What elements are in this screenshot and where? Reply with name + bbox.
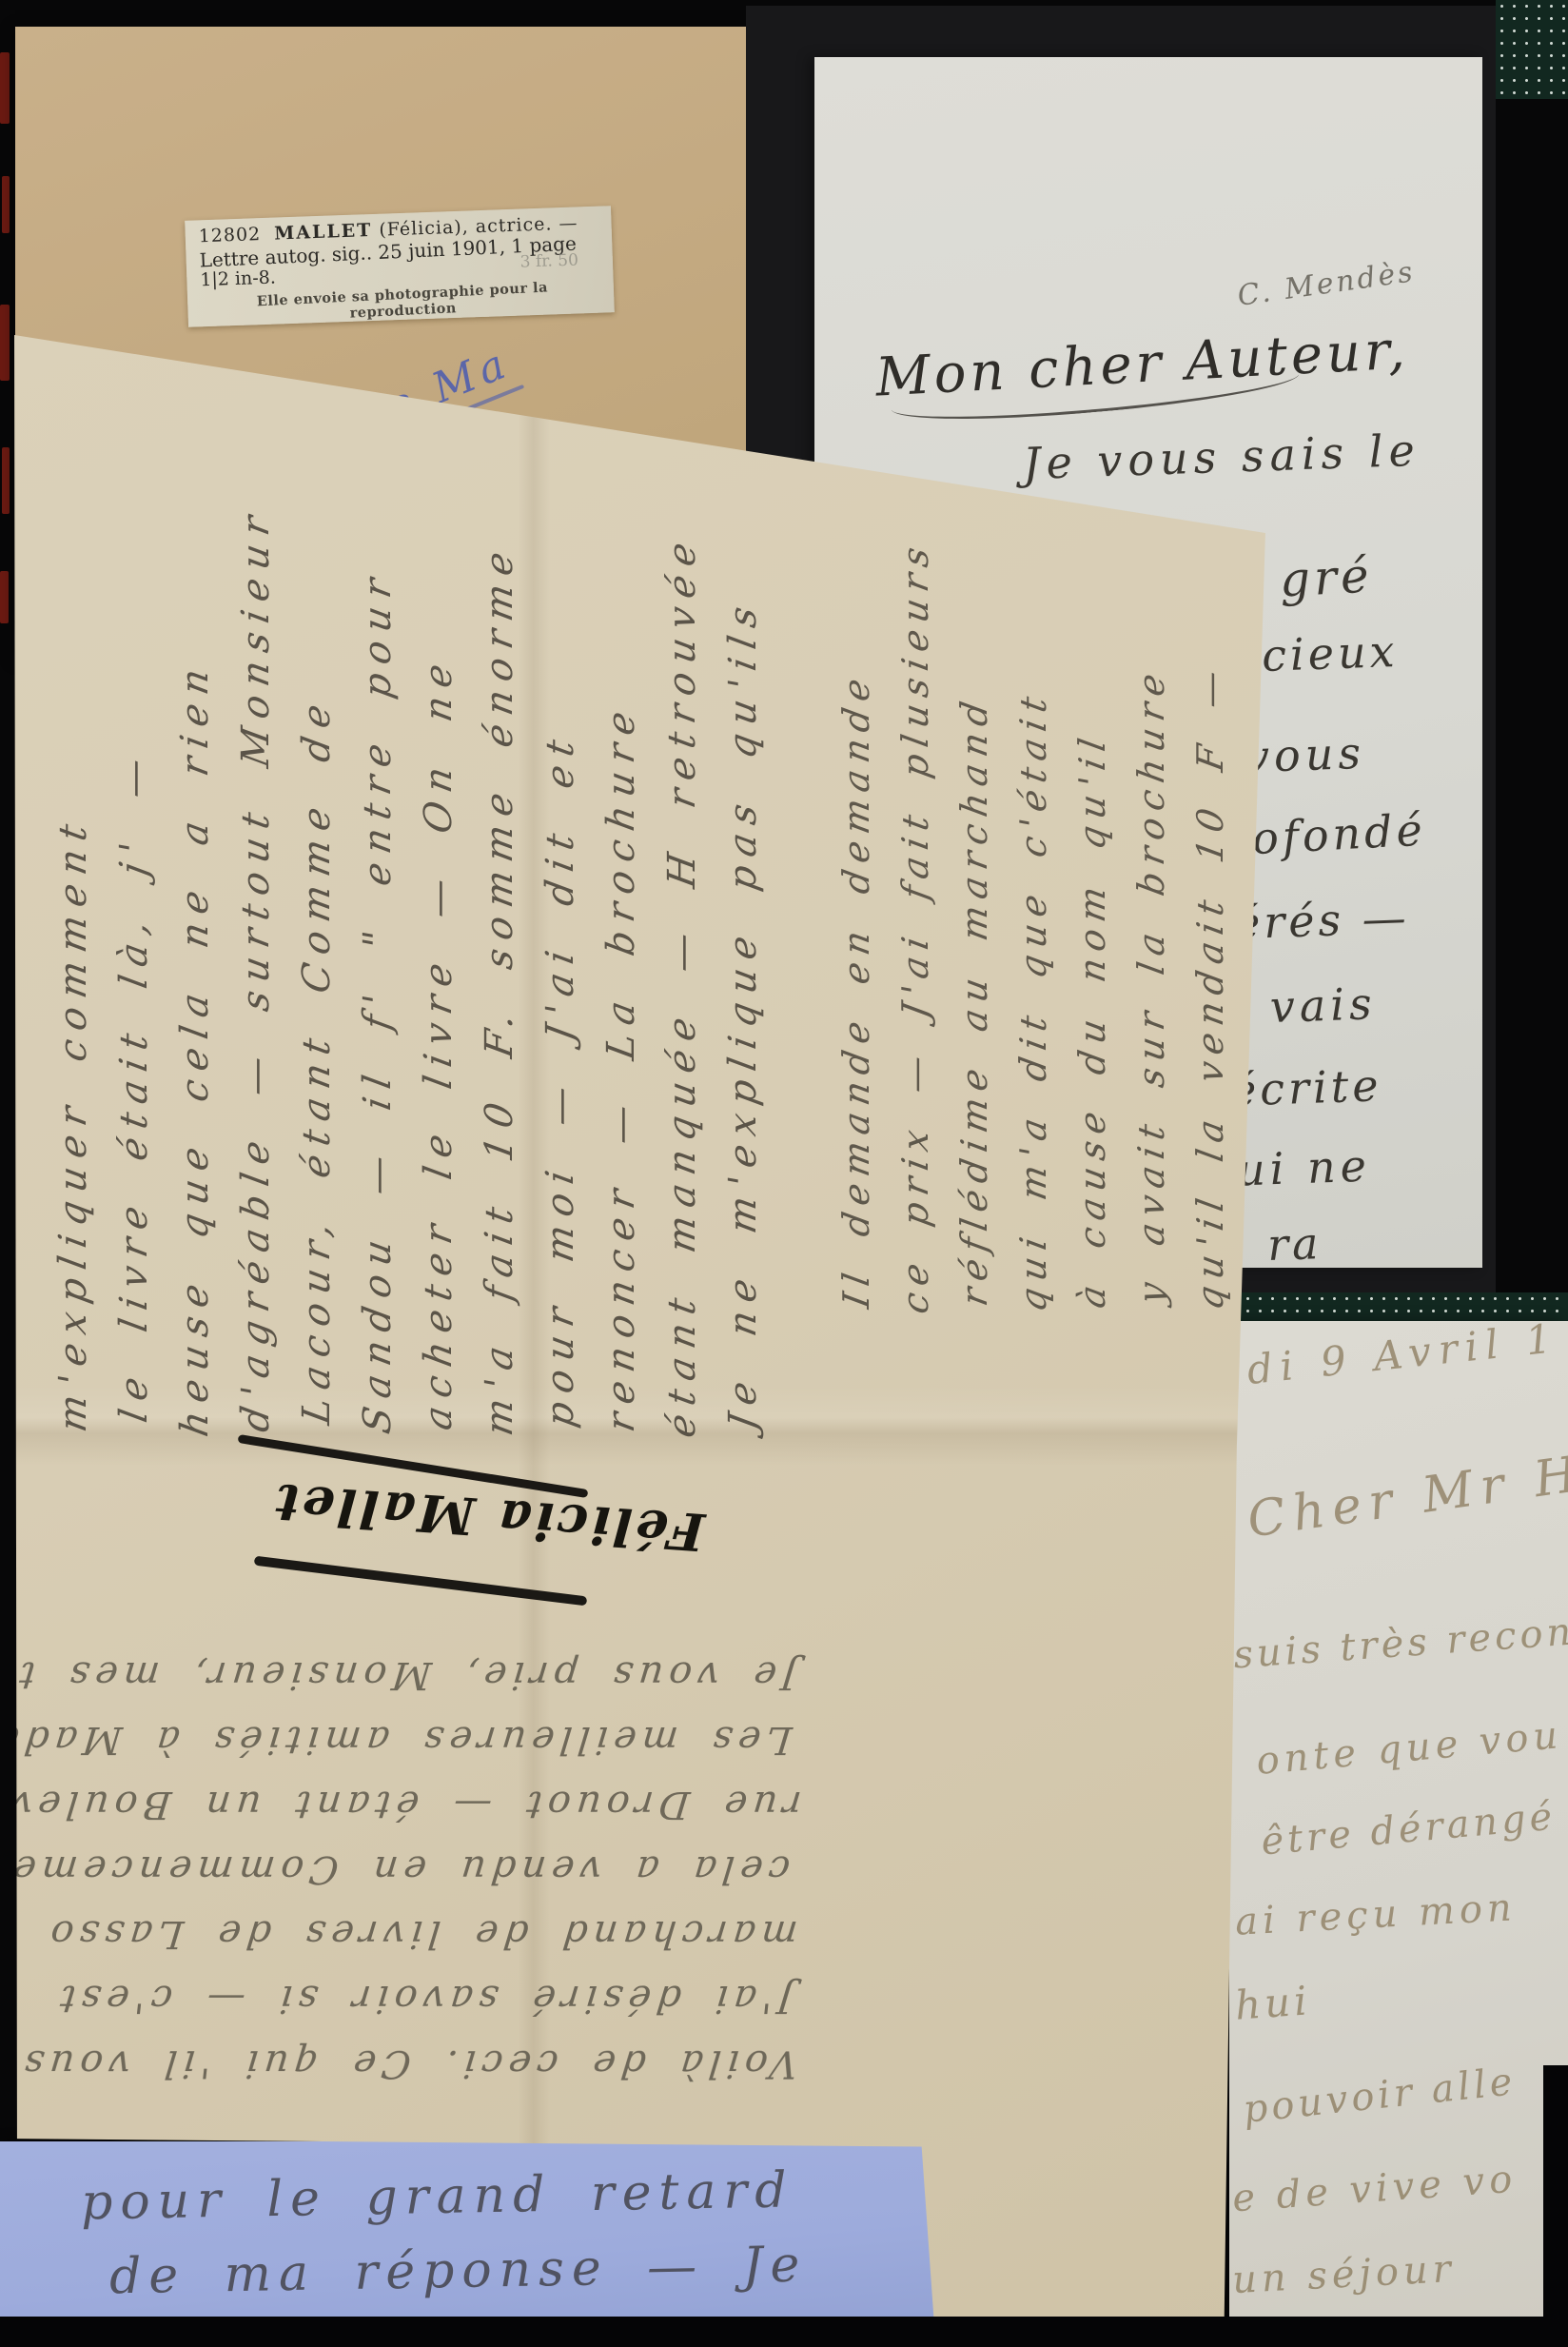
manuscript-line: Il demande en demande [837,668,877,1311]
manuscript-line: y avait sur la brochure [1132,663,1172,1308]
manuscript-line: réflédime au marchand [955,691,995,1309]
letter-fragment: Je vous sais le [1022,426,1421,488]
manuscript-line: Lacour, étant Comme de [296,692,338,1428]
background-right-edge [1543,2065,1568,2347]
label-name: MALLET [274,220,373,245]
blue-letter-line: pour le grand retard [81,2163,794,2230]
label-index: 12802 [198,224,261,247]
manuscript-line: pour moi — J'ai dit et [539,727,581,1430]
april-fragment: e de vive vo [1231,2159,1519,2220]
label-price: 3 fr. 50 [519,250,578,271]
background-bottom-edge [0,2317,1568,2347]
manuscript-line-inverted: Les meilleures amitiés à Madame des [29,1719,794,1761]
manuscript-line-inverted: rue Drouot — étant un Bouleva [38,1784,804,1825]
manuscript-line: qu'il la vendait 10 F — [1191,661,1231,1313]
manuscript-line: à cause du nom qu'il [1073,728,1113,1311]
red-edge-mark [0,305,10,381]
manuscript-line: m'a fait 10 F. somme énorme [479,540,520,1439]
blue-letter-line: de ma réponse — Je [109,2239,808,2305]
april-fragment: être dérangé [1260,1796,1558,1864]
red-edge-mark [0,571,9,623]
manuscript-line: Je ne m'explique pas qu'ils [722,594,764,1433]
april-fragment: onte que vou [1255,1714,1564,1783]
manuscript-line: renoncer — La brochure [600,699,642,1434]
manuscript-line: Sandou — il f' " entre pour [357,566,399,1437]
fabric-corner [1496,0,1568,99]
april-fragment: hui [1233,1979,1312,2028]
april-salutation: Cher Mr H [1245,1447,1568,1548]
letter-fragment: vous [1244,729,1366,781]
manuscript-line: m'expliquer comment [52,812,94,1435]
april-fragment: pouvoir alle [1241,2061,1518,2131]
april-fragment: un séjour [1231,2248,1457,2301]
signature-flourish [254,1556,588,1607]
manuscript-line: heuse que cela ne a rien [174,657,216,1440]
blue-letter: pour le grand retard de ma réponse — Je [0,2141,1018,2320]
photo-of-letters: 12802 MALLET (Félicia), actrice. — Lettr… [0,0,1568,2347]
red-edge-mark [0,52,10,124]
april-fragment: ai reçu mon [1234,1886,1518,1943]
red-edge-mark [2,176,10,233]
manuscript-line-inverted: Je vous prie, Monsieur, mes toute — [34,1654,800,1696]
letter-fragment: ui ne [1236,1142,1371,1194]
manuscript-line: qui m'a dit que c'était [1014,686,1054,1314]
manuscript-line-inverted: marchand de livres de Lasso que [34,1913,800,1955]
april-date-line: di 9 Avril 1 [1245,1316,1560,1392]
letter-fragment: ra [1266,1219,1323,1270]
april-letter: di 9 Avril 1 Cher Mr H suis très recon o… [1229,1321,1568,2328]
signature: Félicia Mallet [270,1473,706,1560]
manuscript-line-inverted: cela a vendu en Commencement [27,1848,793,1890]
red-edge-mark [2,447,10,514]
manuscript-line-inverted: Voilà de ceci. Ce qui 'il vous plai — C'… [34,2042,800,2084]
april-fragment: suis très recon [1232,1611,1568,1677]
letter-fragment: gré [1279,549,1374,606]
manuscript-line: d'agréable — surtout Monsieur [235,503,277,1435]
manuscript-line: ce prix — J'ai fait plusieurs [896,537,936,1316]
central-letter: m'expliquer comment le livre était là, j… [8,324,1268,2327]
catalog-label: 12802 MALLET (Félicia), actrice. — Lettr… [185,206,615,327]
letter-fragment: érés — [1233,894,1410,948]
letter-fragment: écrite [1229,1061,1382,1114]
label-format: 1|2 in-8. [200,267,276,291]
manuscript-line: acheter le livre — On ne [418,651,460,1432]
manuscript-line-inverted: J'ai désiré savoir si — c'est [30,1978,796,2020]
manuscript-line: étant manquée — H retrouvée [661,530,703,1441]
manuscript-line: le livre était là, j' — [113,746,155,1426]
pencil-annotation: C. Mendès [1236,256,1418,312]
